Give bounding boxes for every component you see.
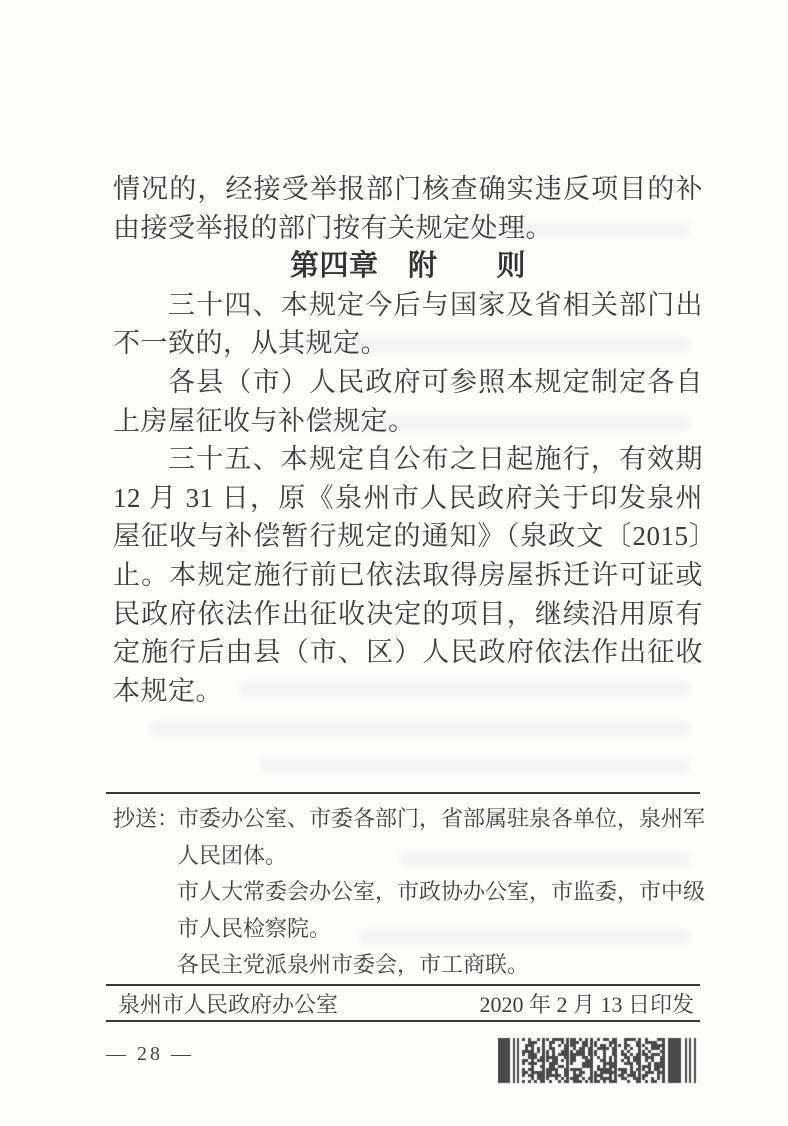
body-text-line: 三十四、本规定今后与国家及省相关部门出台的规定或办法	[113, 286, 703, 325]
body-text-line: 各县（市）人民政府可参照本规定制定各自辖区内国有土地	[113, 363, 703, 402]
body-text-line: 民政府依法作出征收决定的项目，继续沿用原有规定办理。本规	[113, 595, 703, 634]
copyto-line: 市委办公室、市委各部门，省部属驻泉各单位，泉州军分区，各	[177, 801, 705, 838]
body-text-line: 不一致的，从其规定。	[113, 324, 703, 363]
body-text-line: 由接受举报的部门按有关规定处理。	[113, 209, 703, 248]
footer-issuer: 泉州市人民政府办公室	[118, 988, 338, 1019]
body-text-line: 定施行后由县（市、区）人民政府依法作出征收决定的项目适用	[113, 633, 703, 672]
footer-issuer-row: 泉州市人民政府办公室 2020 年 2 月 13 日印发	[106, 984, 700, 1022]
body-text-line: 12 月 31 日，原《泉州市人民政府关于印发泉州市国有土地上房	[113, 479, 703, 518]
copyto-block: 抄送： 市委办公室、市委各部门，省部属驻泉各单位，泉州军分区，各人民团体。市人大…	[113, 801, 705, 984]
copyto-line: 市人大常委会办公室，市政协办公室，市监委，市中级人民法院，	[177, 874, 705, 911]
body-text: 情况的，经接受举报部门核查确实违反项目的补偿安置标准的，由接受举报的部门按有关规…	[113, 170, 703, 710]
copyto-line: 市人民检察院。	[177, 911, 705, 948]
footer-print-date: 2020 年 2 月 13 日印发	[479, 988, 694, 1019]
copyto-label: 抄送：	[113, 801, 179, 838]
copyto-top-rule	[106, 792, 700, 794]
body-text-line: 三十五、本规定自公布之日起施行，有效期实施至 2024 年	[113, 440, 703, 479]
body-text-line: 情况的，经接受举报部门核查确实违反项目的补偿安置标准的，	[113, 170, 703, 209]
body-text-line: 屋征收与补偿暂行规定的通知》（泉政文〔2015〕139 号）同时废	[113, 517, 703, 556]
chapter-heading: 第四章 附 则	[113, 247, 703, 286]
page-number: — 28 —	[106, 1043, 194, 1066]
document-page: 情况的，经接受举报部门核查确实违反项目的补偿安置标准的，由接受举报的部门按有关规…	[0, 0, 788, 1126]
copyto-line: 各民主党派泉州市委会，市工商联。	[177, 947, 705, 984]
copyto-lines: 市委办公室、市委各部门，省部属驻泉各单位，泉州军分区，各人民团体。市人大常委会办…	[177, 801, 705, 984]
body-text-line: 止。本规定施行前已依法取得房屋拆迁许可证或县（市、区）人	[113, 556, 703, 595]
bleed-through-ghost	[150, 722, 690, 737]
body-text-line: 本规定。	[113, 672, 703, 711]
body-text-line: 上房屋征收与补偿规定。	[113, 402, 703, 441]
barcode	[498, 1036, 702, 1086]
copyto-line: 人民团体。	[177, 838, 705, 875]
bleed-through-ghost	[260, 758, 690, 773]
